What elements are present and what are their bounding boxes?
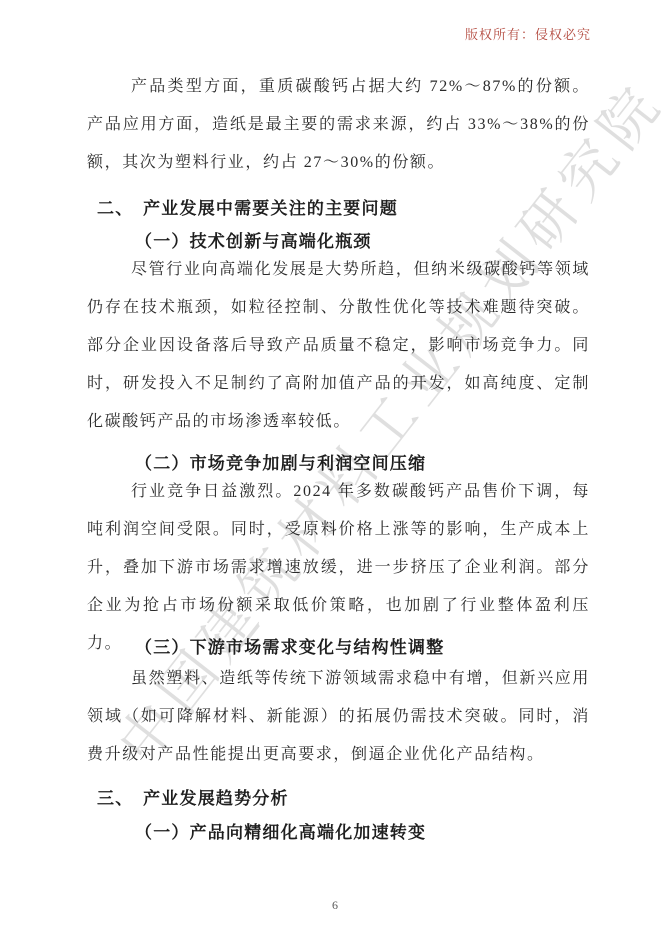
subsection-heading-3-1-refinement-highend: （一）产品向精细化高端化加速转变 bbox=[87, 822, 638, 844]
subsection-heading-2-3-downstream-demand: （三）下游市场需求变化与结构性调整 bbox=[87, 637, 638, 659]
subsection-heading-2-2-market-competition: （二）市场竞争加剧与利润空间压缩 bbox=[87, 453, 638, 475]
section-heading-3-trend-analysis: 三、 产业发展趋势分析 bbox=[87, 788, 600, 810]
subsection-heading-2-1-tech-innovation: （一）技术创新与高端化瓶颈 bbox=[87, 231, 638, 253]
paragraph-tech-bottleneck: 尽管行业向高端化发展是大势所趋，但纳米级碳酸钙等领域仍存在技术瓶颈，如粒径控制、… bbox=[87, 251, 590, 441]
page-number: 6 bbox=[0, 898, 670, 913]
section-heading-2-main-problems: 二、 产业发展中需要关注的主要问题 bbox=[87, 198, 600, 220]
paragraph-downstream-structure: 虽然塑料、造纸等传统下游领域需求稳中有增，但新兴应用领域（如可降解材料、新能源）… bbox=[87, 660, 590, 774]
paragraph-product-type-share: 产品类型方面，重质碳酸钙占据大约 72%～87%的份额。产品应用方面，造纸是最主… bbox=[87, 68, 590, 182]
paragraph-competition-profit: 行业竞争日益激烈。2024 年多数碳酸钙产品售价下调，每吨利润空间受限。同时，受… bbox=[87, 473, 590, 663]
copyright-notice: 版权所有：侵权必究 bbox=[465, 24, 591, 43]
document-page: 中国建筑材料工业规划研究院 版权所有：侵权必究 产品类型方面，重质碳酸钙占据大约… bbox=[0, 0, 670, 947]
